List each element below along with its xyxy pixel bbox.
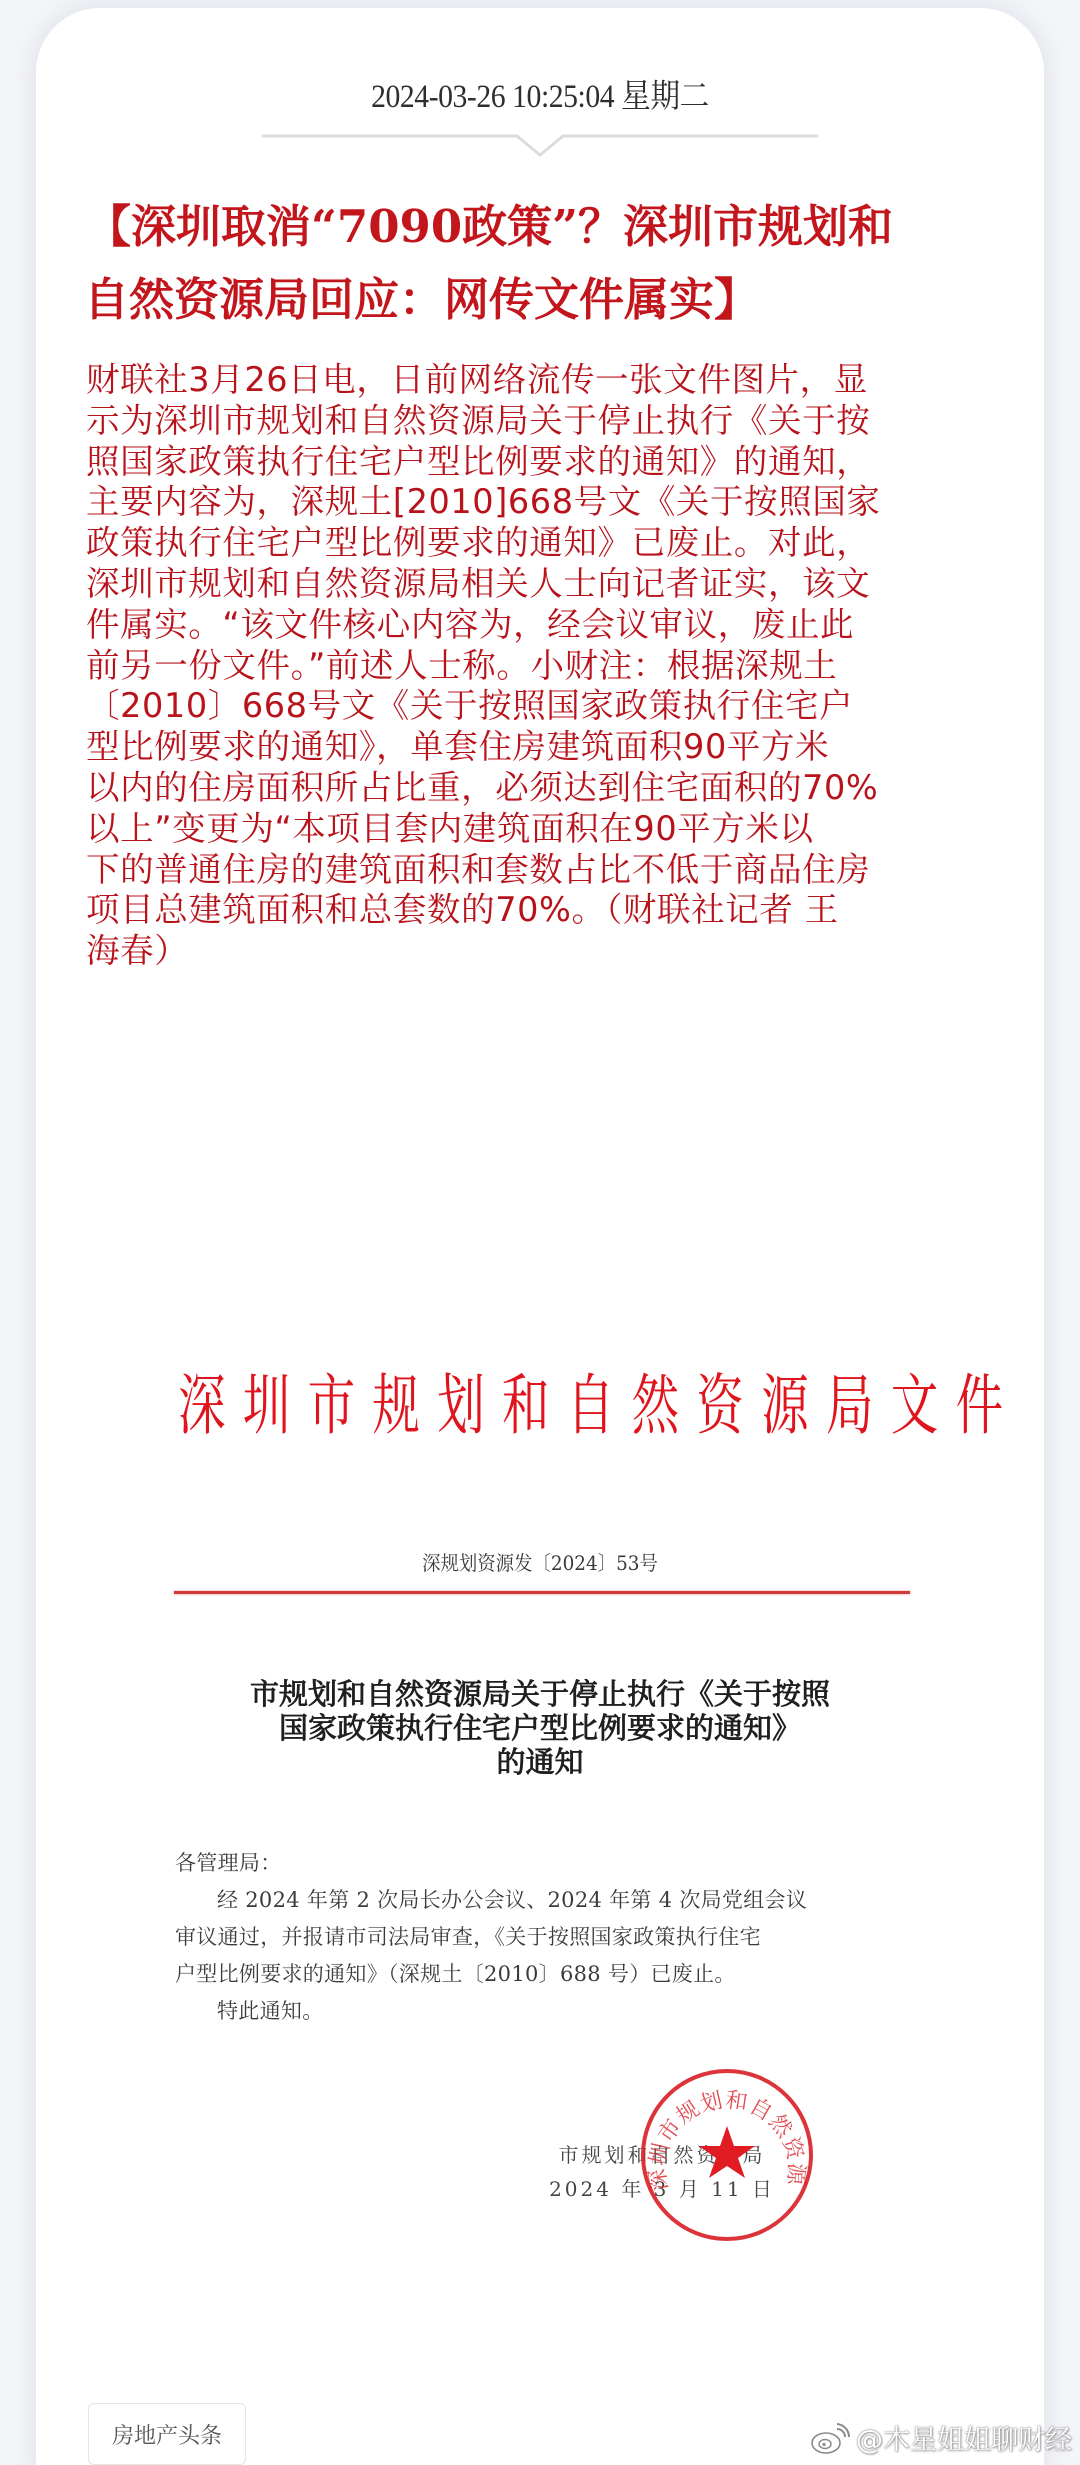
document-number: 深规划资源发〔2024〕53号 <box>181 1547 899 1576</box>
letterhead-char: 件 <box>956 1367 1006 1444</box>
body-line: 前另一份文件。”前述人士称。小财注：根据深规土 <box>86 646 986 687</box>
body-line: 主要内容为，深规土[2010]668号文《关于按照国家 <box>86 482 986 523</box>
timestamp: 2024-03-26 10:25:04 星期二 <box>54 70 1026 117</box>
letterhead-char: 自 <box>567 1367 617 1444</box>
letterhead-char: 资 <box>696 1367 746 1444</box>
body-line: 以内的住房面积所占比重，必须达到住宅面积的70% <box>86 768 986 809</box>
document-paragraph-line: 经 2024 年第 2 次局长办公会议、2024 年第 4 次局党组会议 <box>175 1882 915 1919</box>
letterhead-char: 局 <box>826 1367 876 1444</box>
letterhead-char: 划 <box>437 1367 487 1444</box>
body-line: 型比例要求的通知》，单套住房建筑面积90平方米 <box>86 727 986 768</box>
official-document-image: 深圳市规划和自然资源局文件 深规划资源发〔2024〕53号 市规划和自然资源局关… <box>150 1320 930 2260</box>
body-line: 〔2010〕668号文《关于按照国家政策执行住宅户 <box>86 686 986 727</box>
weibo-logo-icon <box>810 2421 850 2455</box>
document-closing: 特此通知。 <box>175 1993 915 2030</box>
topic-tag-label: 房地产头条 <box>112 2419 222 2450</box>
article-body: 财联社3月26日电，日前网络流传一张文件图片，显 示为深圳市规划和自然资源局关于… <box>86 360 986 972</box>
letterhead-char: 和 <box>502 1367 552 1444</box>
document-title: 市规划和自然资源局关于停止执行《关于按照 国家政策执行住宅户型比例要求的通知》 … <box>150 1677 930 1779</box>
document-title-line: 的通知 <box>150 1745 930 1779</box>
svg-text:深圳市规划和自然资源局: 深圳市规划和自然资源局 <box>638 2066 809 2192</box>
body-line: 财联社3月26日电，日前网络流传一张文件图片，显 <box>86 360 986 401</box>
body-line: 示为深圳市规划和自然资源局关于停止执行《关于按 <box>86 401 986 442</box>
headline-line-1: 【深圳取消“7090政策”？深圳市规划和 <box>86 200 893 253</box>
letterhead-char: 文 <box>891 1367 941 1444</box>
letterhead-char: 市 <box>308 1367 358 1444</box>
document-letterhead: 深圳市规划和自然资源局文件 <box>178 1352 711 1447</box>
headline-line-2: 自然资源局回应：网传文件属实】 <box>84 263 986 336</box>
letterhead-char: 然 <box>632 1367 682 1444</box>
body-line: 深圳市规划和自然资源局相关人士向记者证实，该文 <box>86 564 986 605</box>
body-line: 下的普通住房的建筑面积和套数占比不低于商品住房 <box>86 850 986 891</box>
body-line: 照国家政策执行住宅户型比例要求的通知》的通知， <box>86 442 986 483</box>
red-rule-divider <box>174 1591 910 1594</box>
watermark-handle: @木星姐姐聊财经 <box>856 2418 1072 2457</box>
document-paragraph-line: 户型比例要求的通知》（深规土〔2010〕688 号）已废止。 <box>175 1956 915 1993</box>
document-body: 各管理局： 经 2024 年第 2 次局长办公会议、2024 年第 4 次局党组… <box>175 1845 915 2030</box>
document-title-line: 国家政策执行住宅户型比例要求的通知》 <box>150 1711 930 1745</box>
page: 2024-03-26 10:25:04 星期二 【深圳取消“7090政策”？深圳… <box>0 0 1080 2465</box>
divider-with-notch <box>262 131 818 161</box>
body-line: 件属实。“该文件核心内容为，经会议审议，废止此 <box>86 605 986 646</box>
body-line: 以上”变更为“本项目套内建筑面积在90平方米以 <box>86 809 986 850</box>
letterhead-char: 深 <box>178 1367 228 1444</box>
body-line: 政策执行住宅户型比例要求的通知》已废止。对此， <box>86 523 986 564</box>
topic-tag-chip[interactable]: 房地产头条 <box>88 2403 246 2465</box>
article-headline: 【深圳取消“7090政策”？深圳市规划和 自然资源局回应：网传文件属实】 <box>86 190 986 336</box>
letterhead-char: 圳 <box>243 1367 293 1444</box>
weibo-watermark: @木星姐姐聊财经 <box>810 2418 1072 2457</box>
body-line: 海春） <box>86 931 986 972</box>
document-salutation: 各管理局： <box>175 1845 915 1882</box>
official-seal-icon: 深圳市规划和自然资源局 <box>638 2066 816 2244</box>
letterhead-char: 源 <box>761 1367 811 1444</box>
body-line: 项目总建筑面积和总套数的70%。（财联社记者 王 <box>86 890 986 931</box>
document-paragraph-line: 审议通过，并报请市司法局审查，《关于按照国家政策执行住宅 <box>175 1919 915 1956</box>
letterhead-char: 规 <box>372 1367 422 1444</box>
document-title-line: 市规划和自然资源局关于停止执行《关于按照 <box>150 1677 930 1711</box>
